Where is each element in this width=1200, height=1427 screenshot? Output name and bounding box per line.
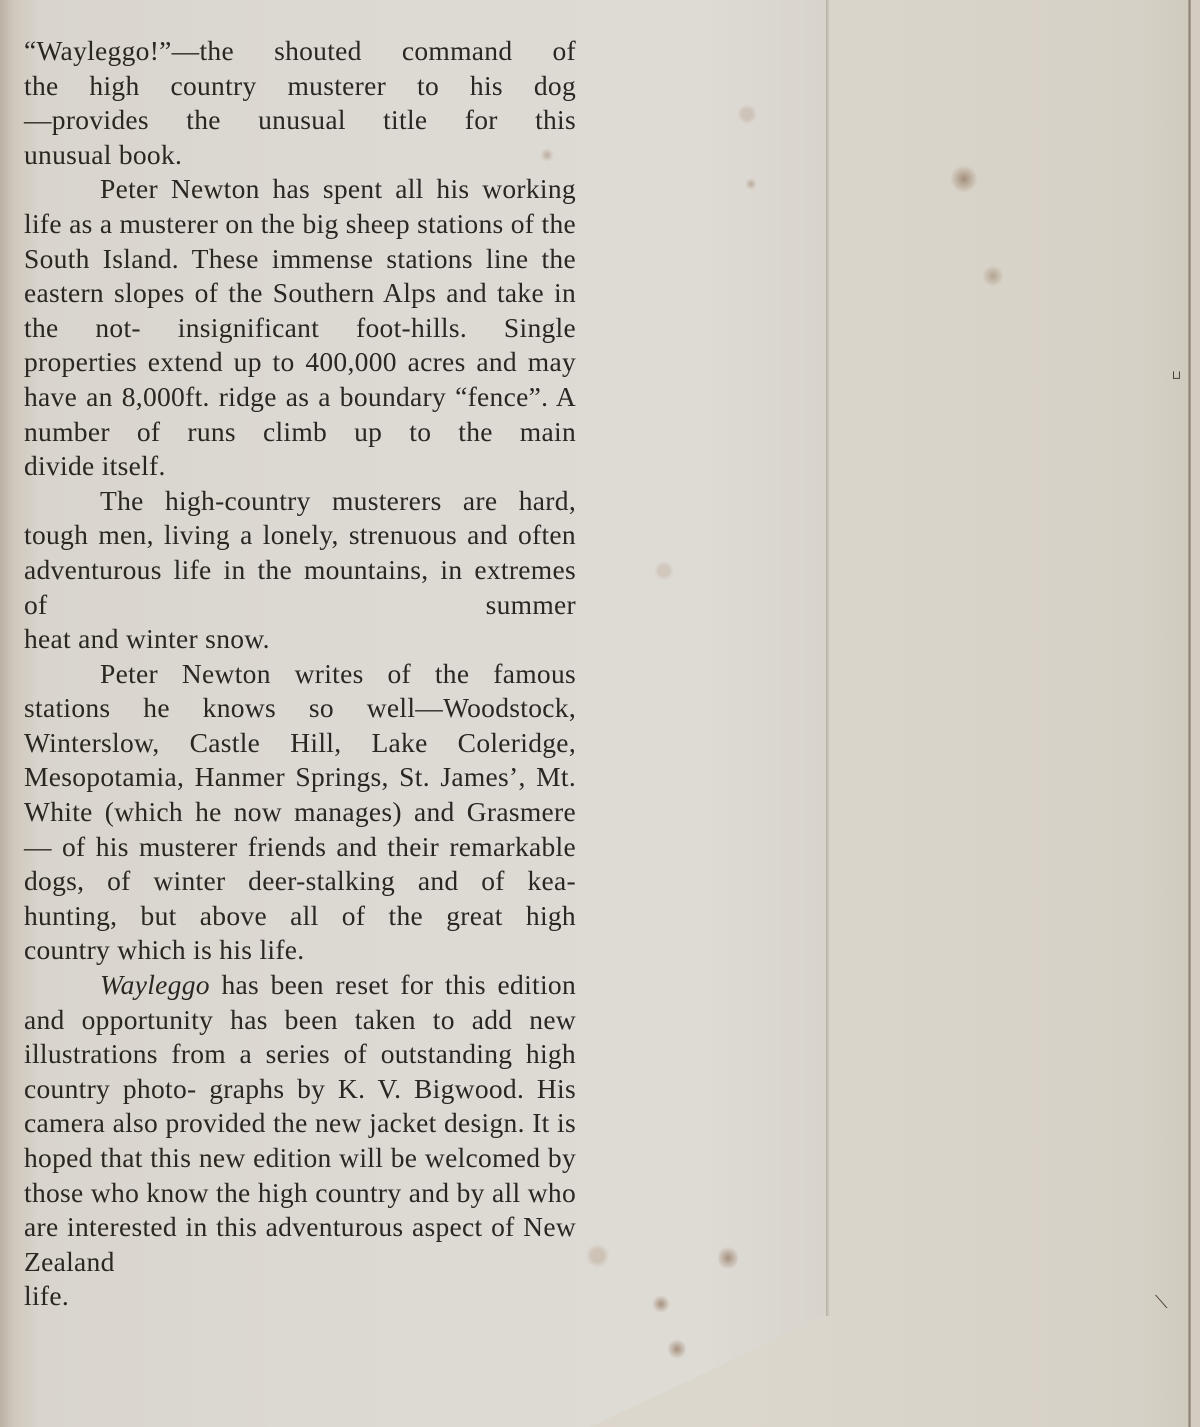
line: —provides the unusual title for this (24, 104, 576, 135)
paragraph-4: Peter Newton writes of the famous statio… (24, 657, 576, 934)
line: also provided the new jacket design. It (113, 1107, 550, 1138)
paragraph-3: The high-country musterers are hard, tou… (24, 484, 576, 622)
line: “Wayleggo!”—the shouted command of (24, 35, 576, 66)
line: musterer friends and their remarkable (139, 831, 576, 862)
line: an 8,000ft. ridge as a boundary “fence”. (86, 381, 548, 412)
flap-edge-shadow (826, 0, 830, 1316)
line: The high-country musterers are (100, 485, 497, 516)
paragraph-2: Peter Newton has spent all his working l… (24, 172, 576, 449)
foxing-stain (718, 1245, 738, 1271)
foxing-stain (950, 165, 978, 193)
paragraph-1-end: unusual book. (24, 138, 576, 173)
line: hunting, but above all of the great high (24, 900, 576, 931)
line: stations he knows so well—Woodstock, (24, 692, 576, 723)
blurb-text: “Wayleggo!”—the shouted command of the h… (24, 34, 576, 1314)
paragraph-5-end: life. (24, 1279, 576, 1314)
line: the high country musterer to his dog (24, 70, 576, 101)
line: dogs, of winter deer-stalking and of kea… (24, 865, 576, 896)
book-title-italic: Wayleggo (100, 969, 210, 1000)
foxing-mark: ⊐ (1170, 370, 1184, 380)
line: Winterslow, Castle Hill, Lake Coleridge, (24, 727, 576, 758)
line: Peter Newton has spent all his (100, 173, 469, 204)
line: country which is his life. (24, 934, 304, 965)
foxing-mark: ⟍ (1155, 1292, 1168, 1313)
paragraph-5: Wayleggo has been reset for this edition… (24, 968, 576, 1279)
paragraph-3-end: heat and winter snow. (24, 622, 576, 657)
foxing-stain (745, 178, 757, 190)
line: life. (24, 1280, 69, 1311)
paragraph-4-end: country which is his life. (24, 933, 576, 968)
foxing-stain (652, 1295, 670, 1313)
paragraph-1: “Wayleggo!”—the shouted command of the h… (24, 34, 576, 138)
line: heat and winter snow. (24, 623, 270, 654)
book-board-strip (1191, 0, 1200, 1427)
paragraph-2-end: divide itself. (24, 449, 576, 484)
line: unusual book. (24, 139, 182, 170)
line: has been reset for (210, 969, 434, 1000)
foxing-stain (668, 1338, 686, 1360)
line: Peter Newton writes of the famous (100, 658, 576, 689)
foxing-stain (982, 265, 1004, 287)
line: divide itself. (24, 450, 166, 481)
line: Mesopotamia, Hanmer Springs, St. (24, 761, 430, 792)
